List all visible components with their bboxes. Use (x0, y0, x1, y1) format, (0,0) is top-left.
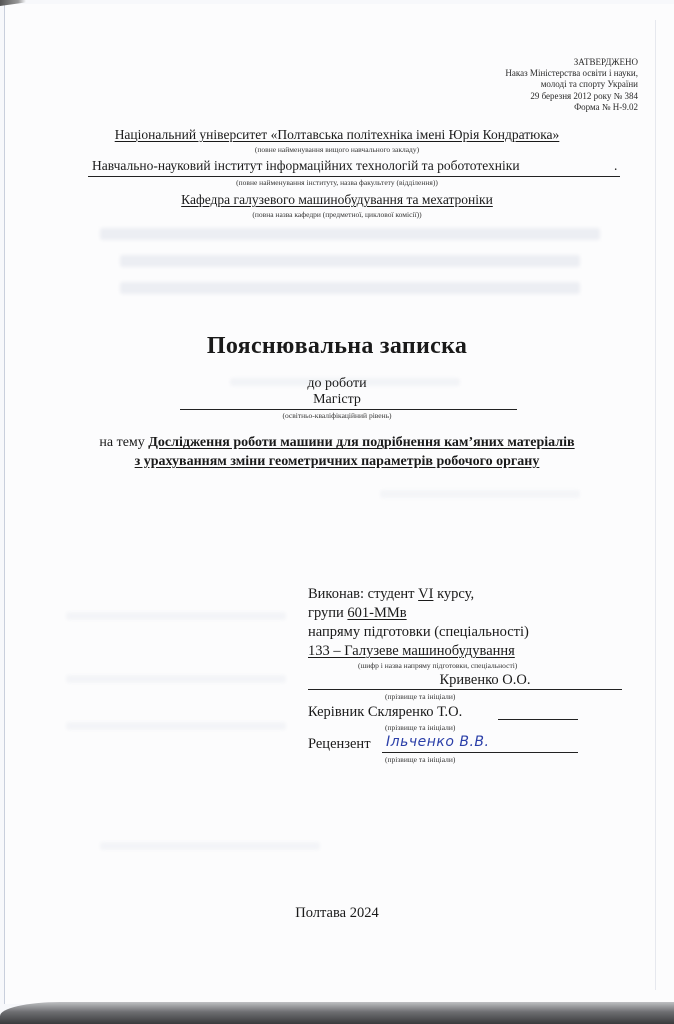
supervisor-row: Керівник Скляренко Т.О. (308, 703, 462, 723)
qualification-hint: (освітньо-кваліфікаційний рівень) (0, 411, 674, 420)
page-bottom-shadow (0, 1002, 674, 1024)
student-name: Кривенко О.О. (308, 672, 622, 689)
bleed-through-text (66, 722, 286, 730)
specialty: 133 – Галузеве машинобудування (308, 643, 515, 659)
student-underline (308, 689, 622, 690)
city-year: Полтава 2024 (0, 905, 674, 922)
university-name-row: Національний університет «Полтавська пол… (0, 127, 674, 143)
specialty-hint: (шифр і назва напряму підготовки, спеціа… (358, 661, 517, 670)
reviewer-handwritten-name: Ільченко В.В. (386, 734, 489, 750)
university-hint: (повне найменування вищого навчального з… (0, 145, 674, 154)
approval-heading: ЗАТВЕРДЖЕНО (505, 57, 638, 68)
reviewer-label: Рецензент (308, 736, 371, 752)
topic-prefix: на тему (99, 435, 144, 450)
qualification-underline (180, 409, 517, 410)
institute-hint: (повне найменування інституту, назва фак… (0, 178, 674, 187)
supervisor-hint: (прізвище та ініціали) (385, 723, 455, 732)
completed-by-row: Виконав: студент VI курсу, (308, 585, 474, 605)
completed-by-label: Виконав: студент (308, 586, 415, 602)
topic-title-part-1: Дослідження роботи машини для подрібненн… (148, 435, 574, 450)
department-name: Кафедра галузевого машинобудування та ме… (181, 192, 493, 207)
topic-title-part-2: з урахуванням зміни геометричних парамет… (135, 454, 540, 469)
to-work-label: до роботи (0, 376, 674, 392)
bleed-through-text (66, 612, 286, 620)
institute-trailing-dot: . (614, 158, 617, 174)
institute-underline (88, 176, 620, 177)
group-label: групи (308, 605, 344, 621)
page-fold-line (655, 20, 656, 990)
bleed-through-text (120, 282, 580, 294)
institute-name: Навчально-науковий інститут інформаційни… (92, 158, 520, 174)
reviewer-row: Рецензент (308, 735, 371, 755)
reviewer-hint: (прізвище та ініціали) (385, 755, 455, 764)
topic-line-1: на тему Дослідження роботи машини для по… (0, 434, 674, 452)
bleed-through-text (120, 255, 580, 267)
approval-line: Наказ Міністерства освіти і науки, (505, 68, 638, 79)
topic-line-2: з урахуванням зміни геометричних парамет… (0, 453, 674, 471)
department-hint: (повна назва кафедри (предметної, циклов… (0, 210, 674, 219)
approval-line: 29 березня 2012 року № 384 (505, 91, 638, 102)
document-title: Пояснювальна записка (0, 333, 674, 360)
student-hint: (прізвище та ініціали) (385, 692, 455, 701)
department-name-row: Кафедра галузевого машинобудування та ме… (0, 192, 674, 208)
supervisor-signature-line (498, 719, 578, 720)
approval-line: молоді та спорту України (505, 79, 638, 90)
document-page (4, 4, 674, 1004)
specialty-row: 133 – Галузеве машинобудування (308, 642, 515, 662)
bleed-through-text (66, 675, 286, 683)
course-suffix: курсу, (437, 586, 474, 602)
supervisor-name: Скляренко Т.О. (368, 704, 462, 720)
direction-label: напряму підготовки (спеціальності) (308, 623, 529, 643)
bleed-through-text (380, 490, 580, 498)
bleed-through-text (100, 228, 600, 240)
course-number: VI (418, 586, 433, 602)
reviewer-underline (382, 752, 578, 753)
qualification-level: Магістр (0, 392, 674, 408)
group-code: 601-ММв (347, 605, 406, 621)
supervisor-label: Керівник (308, 704, 364, 720)
form-number: Форма № Н-9.02 (505, 102, 638, 113)
group-row: групи 601-ММв (308, 604, 407, 624)
university-name: Національний університет «Полтавська пол… (115, 127, 560, 142)
approval-block: ЗАТВЕРДЖЕНО Наказ Міністерства освіти і … (505, 57, 638, 113)
bleed-through-text (100, 842, 320, 850)
